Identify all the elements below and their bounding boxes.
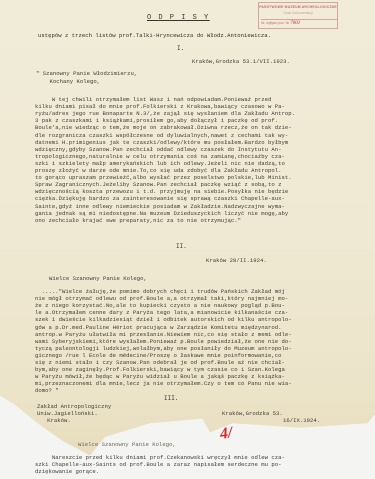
letter-3-salutation: Wielce Szanowny Panie Kolego,: [78, 441, 176, 448]
letter-2-salutation: Wielce Szanowny Panie Kolego,: [49, 275, 147, 282]
body-line: nie mógł otrzymać odlewu od prof.Boule a…: [35, 295, 288, 302]
body-line: W tej chwili otrzymałem list Wasz i nań …: [35, 96, 271, 103]
body-line: Spraw Zagranicznych.Jeżeliby Szanow.Pan …: [35, 181, 282, 188]
letter-3-numeral: III.: [164, 395, 178, 402]
body-line: że z niego korzystać.No,ale to kupiecki …: [35, 302, 285, 309]
body-line: ciężka.Dziękuję bardzo za zainteresowani…: [35, 195, 285, 202]
body-line: się z niemi stało i czy Szanow.Pan odebr…: [35, 359, 285, 366]
body-line: antrop.w Paryżu ułatwiła mi przesłanie.N…: [35, 331, 292, 338]
body-line: datnemi H.primigenius jak te czaszki/odl…: [35, 139, 288, 146]
letter-1-salutation-1: " Szanowny Panie Włodzimierzu,: [36, 70, 137, 77]
letter-2-date: Kraków 28/II.1924.: [206, 257, 267, 264]
stamp-department: Dział Dokumentacji: [259, 11, 337, 15]
letter-3-date: 16/IX.1924.: [283, 417, 320, 424]
body-line: mi,przeznaczonemi dla mnie,lecz ja nie o…: [35, 380, 292, 387]
letter-3-place: Kraków,Grodzka 53.: [222, 410, 283, 417]
body-line: wdzięcznością koszta przewozu i t.d. prz…: [35, 188, 288, 195]
letter-1-salutation-2: Kochany Kolego,: [36, 78, 100, 85]
body-line: ....."Wielce żałuję,że pomimo dobrych ch…: [35, 288, 288, 295]
body-line: proszę złożyć w darze ode mnie.To,co się…: [35, 167, 282, 174]
stamp-entry: Nr. wpływu poz. Nr 7001: [261, 19, 337, 26]
body-line: Boule'a,nie wiedząc o tem,że moje on zab…: [35, 124, 292, 131]
document-title: O D P I S Y: [147, 14, 210, 22]
body-line: dziękowanie gorące.: [35, 468, 99, 475]
document-subtitle: ustępów z trzech listów prof.Talki-Hrync…: [38, 32, 271, 39]
red-pencil-mark: 4/: [219, 424, 234, 444]
body-line: to gorąco upraszam przewieźć,albo wysłać…: [35, 174, 292, 181]
body-line: tropologicznego,naturalnie w celu otrzym…: [35, 153, 285, 160]
body-line: szek i dwieście kilkadziesiąt dzieł i od…: [35, 316, 292, 323]
body-line: tyczą paleontologji ludzkiej,wolałbym,ab…: [35, 345, 292, 352]
body-line: 3 pak z czaszkami i książkami,prosiłem g…: [35, 117, 278, 124]
letter-1-date: Kraków,Grodzka 53.1/VII.1923.: [192, 58, 290, 65]
body-line: ono zechciało krajać swe preparaty,nic z…: [35, 217, 241, 224]
body-line: szki i szkielety małp amerykańskich lub …: [35, 160, 285, 167]
body-line: Sainte,gdyż inne odlewy niemieckie posia…: [35, 203, 285, 210]
body-line: le a.Otrzymałem cenne dary z Paryża tego…: [35, 309, 288, 316]
body-line: dle rozgranicza czaszki współczesne od d…: [35, 132, 288, 139]
body-line: wami Syberyjskiemi,które wysłałem.Poniew…: [35, 338, 292, 345]
archive-stamp: PAŃSTWOWE MUZEUM ARCHEOLOGICZNE Dział Do…: [258, 2, 338, 29]
body-line: bym,aby one zaginęły.Prof.Folkierski,baw…: [35, 366, 285, 373]
body-line: w Paryżu mówił,że będąc w Paryżu widział…: [35, 373, 285, 380]
body-line: gicznego /rue l Ecole de médecine/Proszę…: [35, 352, 282, 359]
body-line: kilku dniami pisał do mnie prof.Folkiers…: [35, 103, 285, 110]
letter-2-numeral: II.: [176, 243, 187, 250]
body-line: ryżu/adres jego rue Bonaparte N.3/,że za…: [35, 110, 295, 117]
letter-3-sender-3: Kraków.: [37, 417, 71, 424]
stamp-institution: PAŃSTWOWE MUZEUM ARCHEOLOGICZNE: [259, 5, 337, 9]
body-line: Nareszcie przed kilku dniami prof.Czekan…: [35, 454, 285, 461]
body-line: gania jednak są mi niedostępne.Na muzeum…: [35, 210, 288, 217]
stamp-number: 7001: [290, 21, 300, 26]
letter-1-numeral: I.: [177, 45, 184, 52]
body-line: gów a p.Dr.med.Pauline Hériot pracująca …: [35, 324, 282, 331]
body-line: domo? ": [35, 387, 59, 394]
body-line: wdzięczny,gdyby Szanow.Pan zechciał odda…: [35, 146, 282, 153]
body-line: szki Chapelle-aux-Saints od prof.Boule a…: [35, 461, 282, 468]
